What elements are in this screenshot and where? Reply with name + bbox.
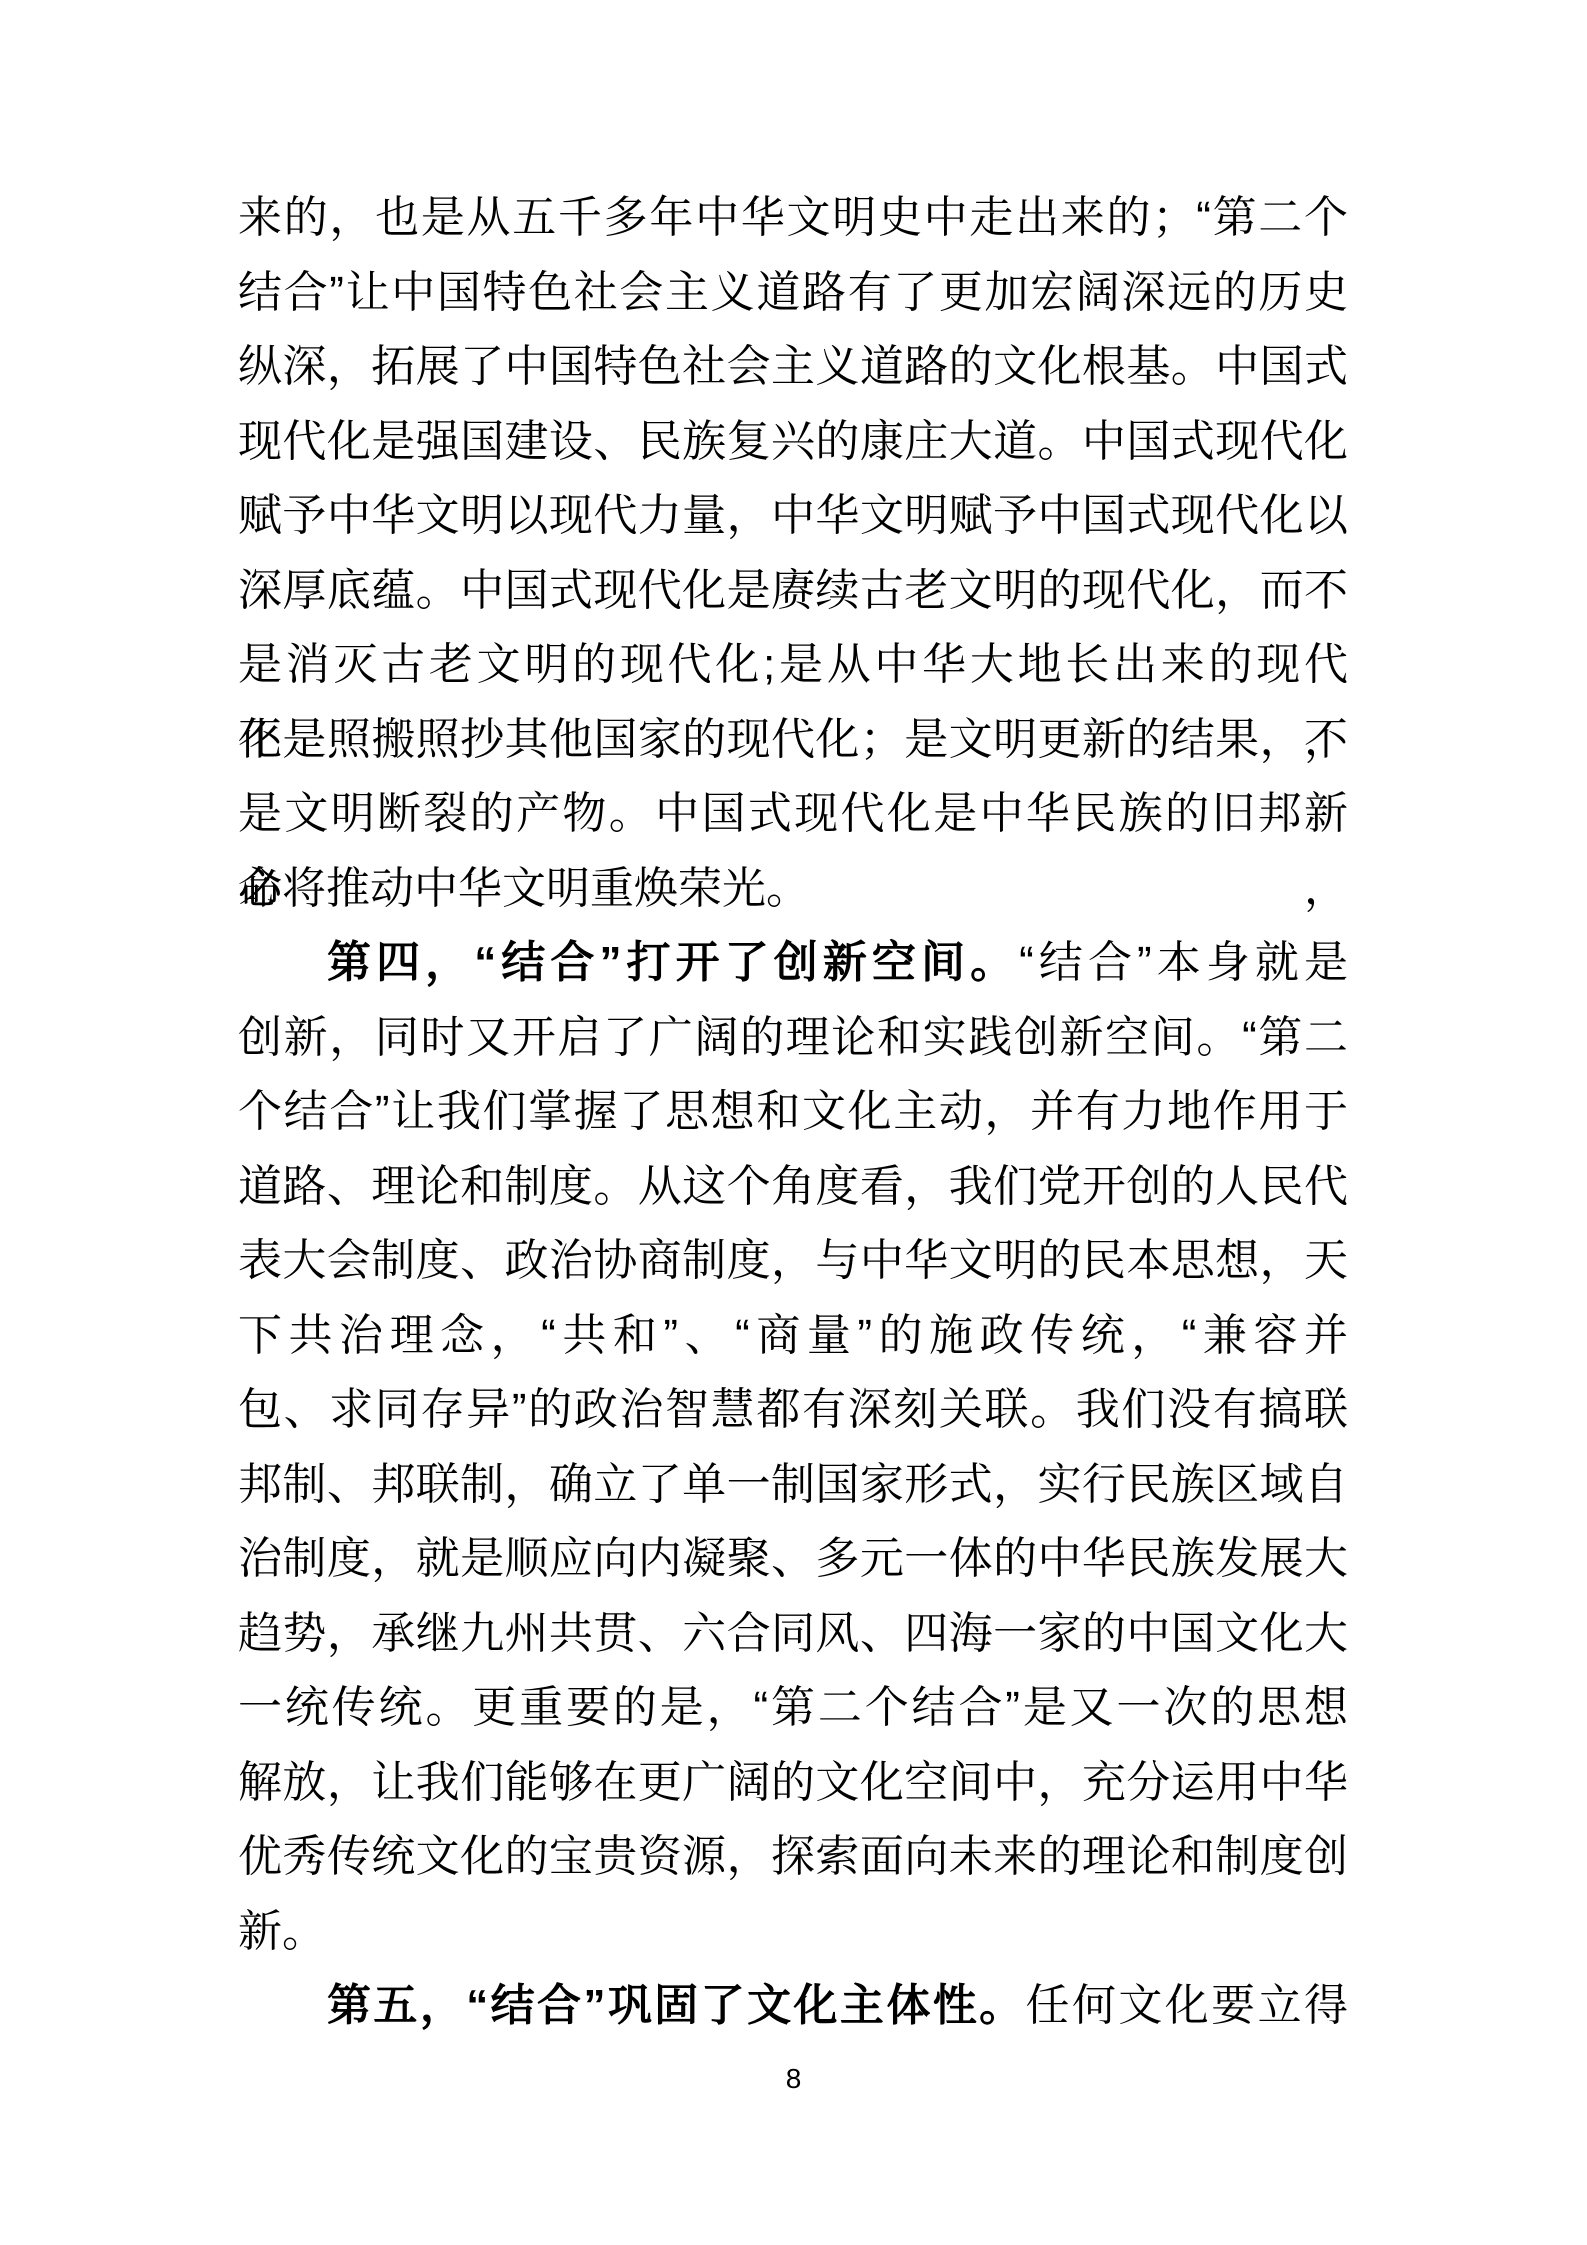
paragraph: 第四，“结合”打开了创新空间。“结合”本身就是创新，同时又开启了广阔的理论和实践… [238, 926, 1348, 1969]
text-line: 第四，“结合”打开了创新空间。“结合”本身就是 [238, 926, 1348, 1001]
text-segment: 结合”让中国特色社会主义道路有了更加宏阔深远的历史 [238, 268, 1348, 317]
text-line: 治制度，就是顺应向内凝聚、多元一体的中华民族发展大 [238, 1522, 1348, 1597]
text-line: 趋势，承继九州共贯、六合同风、四海一家的中国文化大 [238, 1597, 1348, 1672]
text-line: 结合”让中国特色社会主义道路有了更加宏阔深远的历史 [238, 256, 1348, 331]
text-line: 来的，也是从五千多年中华文明史中走出来的；“第二个 [238, 181, 1348, 256]
bold-text-segment: 第四，“结合”打开了创新空间。 [327, 938, 1019, 987]
text-line: 表大会制度、政治协商制度，与中华文明的民本思想，天 [238, 1224, 1348, 1299]
text-line: 赋予中华文明以现代力量，中华文明赋予中国式现代化以 [238, 479, 1348, 554]
text-line: 解放，让我们能够在更广阔的文化空间中，充分运用中华 [238, 1746, 1348, 1821]
text-segment: 个结合”让我们掌握了思想和文化主动，并有力地作用于 [238, 1087, 1348, 1136]
text-line: 现代化是强国建设、民族复兴的康庄大道。中国式现代化 [238, 405, 1348, 480]
text-segment: 治制度，就是顺应向内凝聚、多元一体的中华民族发展大 [238, 1534, 1348, 1583]
text-segment: 创新，同时又开启了广阔的理论和实践创新空间。“第二 [238, 1013, 1348, 1062]
text-segment: 优秀传统文化的宝贵资源，探索面向未来的理论和制度创 [238, 1832, 1348, 1881]
document-page: 来的，也是从五千多年中华文明史中走出来的；“第二个结合”让中国特色社会主义道路有… [0, 0, 1587, 2245]
text-segment: 来的，也是从五千多年中华文明史中走出来的；“第二个 [238, 193, 1348, 242]
text-line: 下共治理念，“共和”、“商量”的施政传统，“兼容并 [238, 1299, 1348, 1374]
text-segment: 现代化是强国建设、民族复兴的康庄大道。中国式现代化 [238, 417, 1348, 466]
text-line: 个结合”让我们掌握了思想和文化主动，并有力地作用于 [238, 1075, 1348, 1150]
text-line: 是文明断裂的产物。中国式现代化是中华民族的旧邦新命， [238, 777, 1348, 852]
text-segment: 深厚底蕴。中国式现代化是赓续古老文明的现代化，而不 [238, 566, 1348, 615]
text-line: 第五，“结合”巩固了文化主体性。任何文化要立得 [238, 1969, 1348, 2044]
text-line: 新。 [238, 1895, 1348, 1970]
text-line: 邦制、邦联制，确立了单一制国家形式，实行民族区域自 [238, 1448, 1348, 1523]
text-line: 创新，同时又开启了广阔的理论和实践创新空间。“第二 [238, 1001, 1348, 1076]
text-line: 一统传统。更重要的是，“第二个结合”是又一次的思想 [238, 1671, 1348, 1746]
text-segment: 必将推动中华文明重焕荣光。 [238, 864, 810, 913]
text-segment: 解放，让我们能够在更广阔的文化空间中，充分运用中华 [238, 1758, 1348, 1807]
text-segment: 一统传统。更重要的是，“第二个结合”是又一次的思想 [238, 1683, 1348, 1732]
paragraph: 来的，也是从五千多年中华文明史中走出来的；“第二个结合”让中国特色社会主义道路有… [238, 181, 1348, 926]
text-segment: 道路、理论和制度。从这个角度看，我们党开创的人民代 [238, 1162, 1348, 1211]
page-number: 8 [0, 2062, 1587, 2096]
text-line: 包、求同存异”的政治智慧都有深刻关联。我们没有搞联 [238, 1373, 1348, 1448]
text-segment: “结合”本身就是 [1019, 938, 1348, 987]
text-line: 纵深，拓展了中国特色社会主义道路的文化根基。中国式 [238, 330, 1348, 405]
text-segment: 纵深，拓展了中国特色社会主义道路的文化根基。中国式 [238, 342, 1348, 391]
text-segment: 不是照搬照抄其他国家的现代化；是文明更新的结果，不 [238, 715, 1348, 764]
text-segment: 新。 [238, 1907, 326, 1956]
text-line: 是消灭古老文明的现代化;是从中华大地长出来的现代化， [238, 628, 1348, 703]
text-segment: 赋予中华文明以现代力量，中华文明赋予中国式现代化以 [238, 491, 1348, 540]
document-body: 来的，也是从五千多年中华文明史中走出来的；“第二个结合”让中国特色社会主义道路有… [238, 181, 1348, 2044]
text-line: 优秀传统文化的宝贵资源，探索面向未来的理论和制度创 [238, 1820, 1348, 1895]
text-line: 道路、理论和制度。从这个角度看，我们党开创的人民代 [238, 1150, 1348, 1225]
text-line: 深厚底蕴。中国式现代化是赓续古老文明的现代化，而不 [238, 554, 1348, 629]
bold-text-segment: 第五，“结合”巩固了文化主体性。 [327, 1981, 1026, 2030]
paragraph: 第五，“结合”巩固了文化主体性。任何文化要立得 [238, 1969, 1348, 2044]
text-segment: 任何文化要立得 [1026, 1981, 1348, 2030]
text-segment: 下共治理念，“共和”、“商量”的施政传统，“兼容并 [238, 1311, 1348, 1360]
text-segment: 包、求同存异”的政治智慧都有深刻关联。我们没有搞联 [238, 1385, 1348, 1434]
text-segment: 邦制、邦联制，确立了单一制国家形式，实行民族区域自 [238, 1460, 1348, 1509]
text-segment: 趋势，承继九州共贯、六合同风、四海一家的中国文化大 [238, 1609, 1348, 1658]
text-segment: 表大会制度、政治协商制度，与中华文明的民本思想，天 [238, 1236, 1348, 1285]
text-line: 不是照搬照抄其他国家的现代化；是文明更新的结果，不 [238, 703, 1348, 778]
